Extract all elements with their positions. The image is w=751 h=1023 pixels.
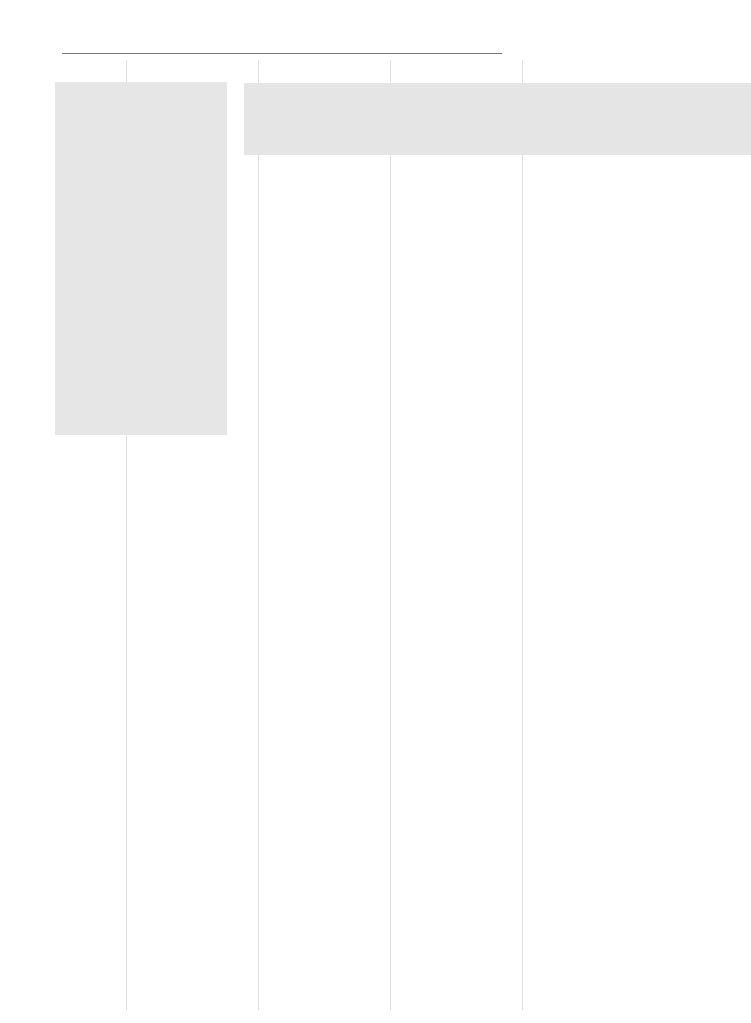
column-guide [258,60,259,1010]
masthead [36,28,501,60]
column-guide [390,60,391,1010]
column-guide [522,60,523,1010]
masthead-rule [62,53,502,54]
pull-quote-box [55,82,227,326]
article-headline [250,83,550,155]
article-column-2 [259,162,435,171]
article-column-1 [55,438,227,447]
pull-quote-box-continued [55,310,227,435]
